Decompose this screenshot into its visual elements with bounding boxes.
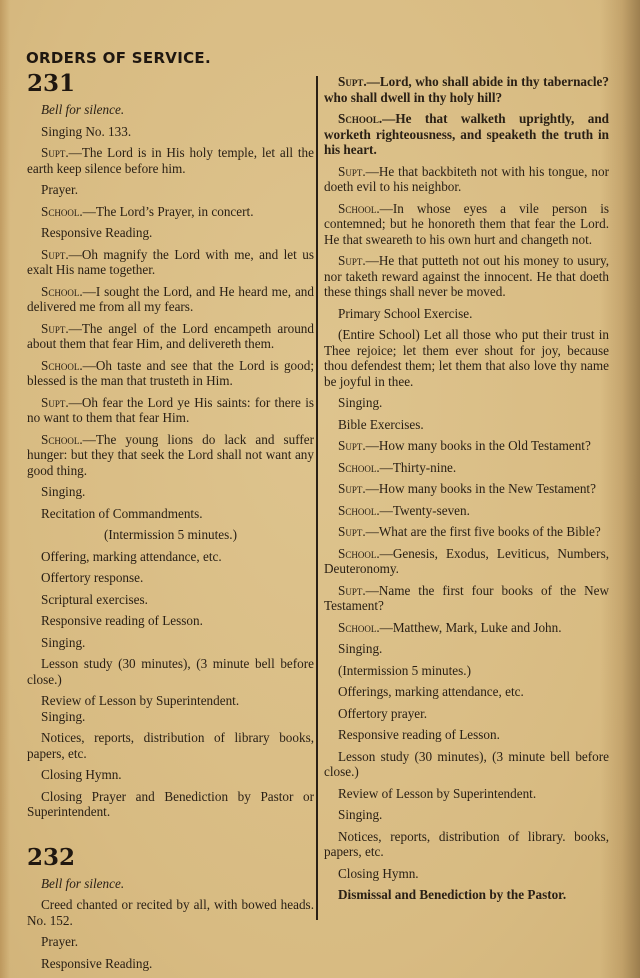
- page-header: ORDERS OF SERVICE.: [26, 49, 211, 67]
- order-item: Prayer.: [27, 182, 314, 198]
- left-column: 231 Bell for silence. Singing No. 133. S…: [27, 70, 314, 977]
- responsive-line: School.—The Lord’s Prayer, in concert.: [27, 204, 314, 220]
- order-item: Offerings, marking attendance, etc.: [324, 684, 609, 700]
- order-item: Lesson study (30 minutes), (3 minute bel…: [324, 749, 609, 780]
- intermission-note: (Intermission 5 minutes.): [324, 663, 609, 679]
- order-item: Review of Lesson by Superintendent.: [324, 786, 609, 802]
- speaker-label: School.: [41, 358, 83, 373]
- order-item: Offering, marking attendance, etc.: [27, 549, 314, 565]
- order-item: Singing.: [324, 641, 609, 657]
- responsive-line: Supt.—How many books in the New Testamen…: [324, 481, 609, 497]
- speaker-label: School.: [41, 204, 83, 219]
- speaker-label: Supt.: [338, 438, 366, 453]
- responsive-line: School.—I sought the Lord, and He heard …: [27, 284, 314, 315]
- order-item: Singing.: [324, 807, 609, 823]
- responsive-line: School.—Matthew, Mark, Luke and John.: [324, 620, 609, 636]
- order-item: Singing.: [27, 635, 314, 651]
- responsive-line: School.—Oh taste and see that the Lord i…: [27, 358, 314, 389]
- order-item: Closing Prayer and Benediction by Pastor…: [27, 789, 314, 820]
- order-item: Bible Exercises.: [324, 417, 609, 433]
- speaker-label: Supt.: [41, 247, 69, 262]
- speaker-label: Supt.: [338, 481, 366, 496]
- order-item: Responsive reading of Lesson.: [324, 727, 609, 743]
- order-item: Responsive Reading.: [27, 225, 314, 241]
- responsive-line: School.—Genesis, Exodus, Leviticus, Numb…: [324, 546, 609, 577]
- order-item: Scriptural exercises.: [27, 592, 314, 608]
- order-item: Offertory response.: [27, 570, 314, 586]
- service-number-231: 231: [27, 70, 314, 98]
- order-item: Dismissal and Benediction by the Pastor.: [324, 887, 609, 903]
- responsive-line: Supt.—Name the first four books of the N…: [324, 583, 609, 614]
- order-item: Notices, reports, distribution of librar…: [27, 730, 314, 761]
- order-item: Review of Lesson by Superintendent.: [27, 693, 314, 709]
- responsive-line: School.—In whose eyes a vile person is c…: [324, 201, 609, 248]
- responsive-line: School.—Thirty-nine.: [324, 460, 609, 476]
- order-item: Closing Hymn.: [27, 767, 314, 783]
- order-item: Responsive reading of Lesson.: [27, 613, 314, 629]
- speaker-label: Supt.: [41, 321, 69, 336]
- order-item: Creed chanted or recited by all, with bo…: [27, 897, 314, 928]
- intermission-note: (Intermission 5 minutes.): [27, 527, 314, 543]
- speaker-label: School.: [338, 503, 380, 518]
- speaker-label: School.: [338, 460, 380, 475]
- column-divider: [316, 76, 318, 920]
- order-item: (Entire School) Let all those who put th…: [324, 327, 609, 389]
- speaker-label: School.: [338, 546, 380, 561]
- right-column: Supt.—Lord, who shall abide in thy taber…: [324, 74, 609, 909]
- order-item: Offertory prayer.: [324, 706, 609, 722]
- speaker-label: Supt.: [41, 145, 69, 160]
- order-item: Closing Hymn.: [324, 866, 609, 882]
- order-item: Singing.: [27, 709, 314, 725]
- responsive-line: School.—He that walketh uprightly, and w…: [324, 111, 609, 158]
- order-item: Prayer.: [27, 934, 314, 950]
- service-number-232: 232: [27, 844, 314, 872]
- speaker-label: School.: [41, 284, 83, 299]
- speaker-label: Supt.: [338, 524, 366, 539]
- responsive-line: Supt.—The Lord is in His holy temple, le…: [27, 145, 314, 176]
- speaker-label: School.: [338, 201, 380, 216]
- speaker-label: School.: [338, 620, 380, 635]
- responsive-line: Supt.—What are the first five books of t…: [324, 524, 609, 540]
- responsive-line: Supt.—Oh magnify the Lord with me, and l…: [27, 247, 314, 278]
- book-page: ORDERS OF SERVICE. 231 Bell for silence.…: [0, 0, 640, 978]
- responsive-line: School.—Twenty-seven.: [324, 503, 609, 519]
- order-item: Singing.: [27, 484, 314, 500]
- order-item: Bell for silence.: [27, 102, 314, 118]
- responsive-line: Supt.—The angel of the Lord encampeth ar…: [27, 321, 314, 352]
- responsive-line: Supt.—He that putteth not out his money …: [324, 253, 609, 300]
- speaker-label: School.: [41, 432, 83, 447]
- order-item: Singing No. 133.: [27, 124, 314, 140]
- speaker-label: Supt.: [338, 583, 366, 598]
- order-item: Recitation of Commandments.: [27, 506, 314, 522]
- order-item: Notices, reports, distribution of librar…: [324, 829, 609, 860]
- speaker-label: Supt.: [338, 74, 367, 89]
- speaker-label: Supt.: [338, 164, 366, 179]
- speaker-label: Supt.: [41, 395, 69, 410]
- order-item: Bell for silence.: [27, 876, 314, 892]
- order-item: Lesson study (30 minutes), (3 minute bel…: [27, 656, 314, 687]
- order-item: Primary School Exercise.: [324, 306, 609, 322]
- responsive-line: School.—The young lions do lack and suff…: [27, 432, 314, 479]
- responsive-line: Supt.—He that backbiteth not with his to…: [324, 164, 609, 195]
- speaker-label: School.: [338, 111, 382, 126]
- speaker-label: Supt.: [338, 253, 366, 268]
- responsive-line: Supt.—How many books in the Old Testamen…: [324, 438, 609, 454]
- order-item: Responsive Reading.: [27, 956, 314, 972]
- responsive-line: Supt.—Lord, who shall abide in thy taber…: [324, 74, 609, 105]
- responsive-line: Supt.—Oh fear the Lord ye His saints: fo…: [27, 395, 314, 426]
- order-item: Singing.: [324, 395, 609, 411]
